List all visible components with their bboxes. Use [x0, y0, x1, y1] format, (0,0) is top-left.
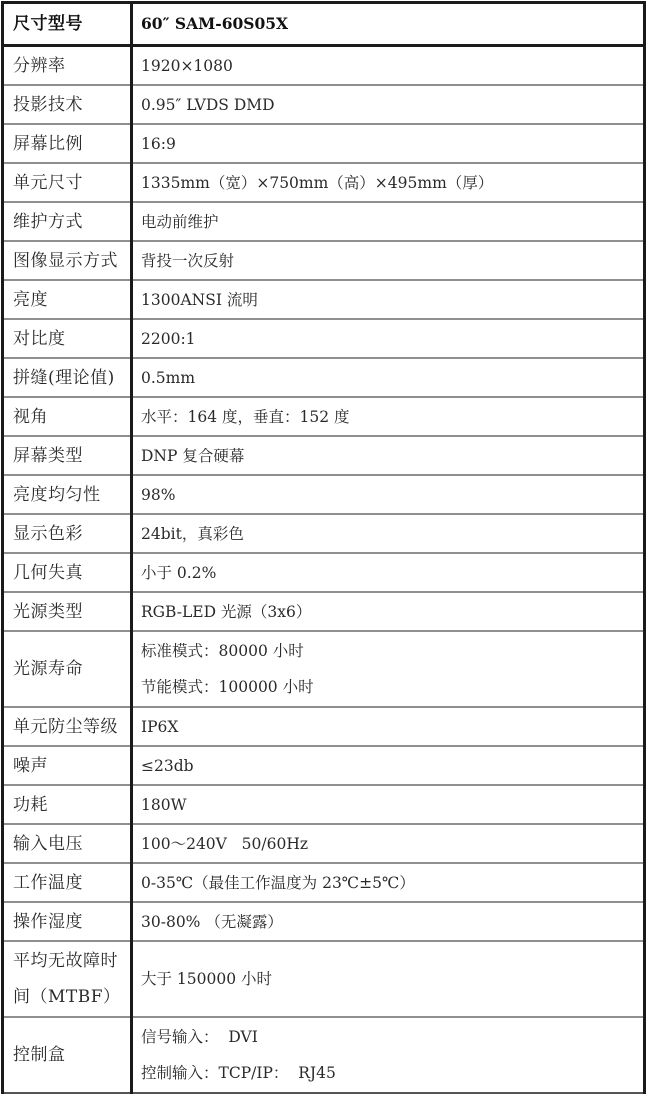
table-row: 分辨率 1920×1080	[3, 46, 645, 86]
spec-label: 单元尺寸	[3, 163, 132, 202]
spec-value-line: 标准模式：80000 小时	[141, 633, 643, 669]
spec-label: 拼缝(理论值)	[3, 358, 132, 397]
spec-label: 光源类型	[3, 592, 132, 631]
table-row: 功耗 180W	[3, 785, 645, 824]
spec-label: 亮度均匀性	[3, 475, 132, 514]
table-row: 光源寿命 标准模式：80000 小时 节能模式：100000 小时	[3, 631, 645, 707]
spec-label: 显示色彩	[3, 514, 132, 553]
table-row: 工作温度 0-35℃（最佳工作温度为 23℃±5℃）	[3, 863, 645, 902]
spec-label: 控制盒	[3, 1017, 132, 1093]
spec-value-line: 节能模式：100000 小时	[141, 669, 643, 705]
table-row: 图像显示方式 背投一次反射	[3, 241, 645, 280]
spec-value: 大于 150000 小时	[132, 941, 645, 1017]
table-row: 输入电压 100～240V 50/60Hz	[3, 824, 645, 863]
table-row: 显示色彩 24bit，真彩色	[3, 514, 645, 553]
spec-value: 1920×1080	[132, 46, 645, 86]
spec-value-line: 信号输入： DVI	[141, 1019, 643, 1055]
spec-value: 标准模式：80000 小时 节能模式：100000 小时	[132, 631, 645, 707]
spec-value: 24bit，真彩色	[132, 514, 645, 553]
spec-value: 小于 0.2%	[132, 553, 645, 592]
spec-value: 60″ SAM-60S05X	[132, 3, 645, 46]
table-row: 操作湿度 30-80% （无凝露）	[3, 902, 645, 941]
table-row: 屏幕比例 16:9	[3, 124, 645, 163]
table-row: 噪声 ≤23db	[3, 746, 645, 785]
table-row: 拼缝(理论值) 0.5mm	[3, 358, 645, 397]
table-row: 投影技术 0.95″ LVDS DMD	[3, 85, 645, 124]
spec-value: 背投一次反射	[132, 241, 645, 280]
spec-value: IP6X	[132, 707, 645, 746]
table-row: 控制盒 信号输入： DVI 控制输入：TCP/IP： RJ45	[3, 1017, 645, 1093]
spec-value: 180W	[132, 785, 645, 824]
spec-value: 30-80% （无凝露）	[132, 902, 645, 941]
spec-label: 视角	[3, 397, 132, 436]
spec-table: 尺寸型号 60″ SAM-60S05X 分辨率 1920×1080 投影技术 0…	[1, 1, 646, 1094]
spec-label: 操作湿度	[3, 902, 132, 941]
spec-label: 输入电压	[3, 824, 132, 863]
table-row: 视角 水平：164 度，垂直：152 度	[3, 397, 645, 436]
spec-value: 1300ANSI 流明	[132, 280, 645, 319]
table-header-row: 尺寸型号 60″ SAM-60S05X	[3, 3, 645, 46]
spec-value: 16:9	[132, 124, 645, 163]
table-row: 平均无故障时 间（MTBF） 大于 150000 小时	[3, 941, 645, 1017]
spec-label: 亮度	[3, 280, 132, 319]
spec-value: 0-35℃（最佳工作温度为 23℃±5℃）	[132, 863, 645, 902]
table-row: 亮度 1300ANSI 流明	[3, 280, 645, 319]
spec-label-line: 平均无故障时	[13, 943, 130, 979]
table-row: 单元尺寸 1335mm（宽）×750mm（高）×495mm（厚）	[3, 163, 645, 202]
spec-label: 维护方式	[3, 202, 132, 241]
table-row: 亮度均匀性 98%	[3, 475, 645, 514]
table-row: 光源类型 RGB-LED 光源（3x6）	[3, 592, 645, 631]
spec-label: 噪声	[3, 746, 132, 785]
spec-value: 电动前维护	[132, 202, 645, 241]
spec-label: 图像显示方式	[3, 241, 132, 280]
spec-label: 几何失真	[3, 553, 132, 592]
table-row: 几何失真 小于 0.2%	[3, 553, 645, 592]
spec-label: 单元防尘等级	[3, 707, 132, 746]
spec-value: 2200:1	[132, 319, 645, 358]
spec-value: RGB-LED 光源（3x6）	[132, 592, 645, 631]
spec-value: 信号输入： DVI 控制输入：TCP/IP： RJ45	[132, 1017, 645, 1093]
table-row: 维护方式 电动前维护	[3, 202, 645, 241]
spec-value: 98%	[132, 475, 645, 514]
spec-value: 100～240V 50/60Hz	[132, 824, 645, 863]
table-row: 单元防尘等级 IP6X	[3, 707, 645, 746]
spec-value: DNP 复合硬幕	[132, 436, 645, 475]
spec-label-line: 间（MTBF）	[13, 979, 130, 1015]
spec-label: 光源寿命	[3, 631, 132, 707]
spec-label: 尺寸型号	[3, 3, 132, 46]
spec-value: 水平：164 度，垂直：152 度	[132, 397, 645, 436]
spec-value-line: 控制输入：TCP/IP： RJ45	[141, 1055, 643, 1091]
spec-label: 屏幕类型	[3, 436, 132, 475]
table-row: 对比度 2200:1	[3, 319, 645, 358]
spec-label: 投影技术	[3, 85, 132, 124]
spec-label: 分辨率	[3, 46, 132, 86]
spec-value: ≤23db	[132, 746, 645, 785]
spec-value: 0.95″ LVDS DMD	[132, 85, 645, 124]
spec-label: 工作温度	[3, 863, 132, 902]
spec-label: 对比度	[3, 319, 132, 358]
spec-label: 平均无故障时 间（MTBF）	[3, 941, 132, 1017]
spec-label: 屏幕比例	[3, 124, 132, 163]
spec-value: 1335mm（宽）×750mm（高）×495mm（厚）	[132, 163, 645, 202]
spec-value: 0.5mm	[132, 358, 645, 397]
spec-label: 功耗	[3, 785, 132, 824]
table-row: 屏幕类型 DNP 复合硬幕	[3, 436, 645, 475]
